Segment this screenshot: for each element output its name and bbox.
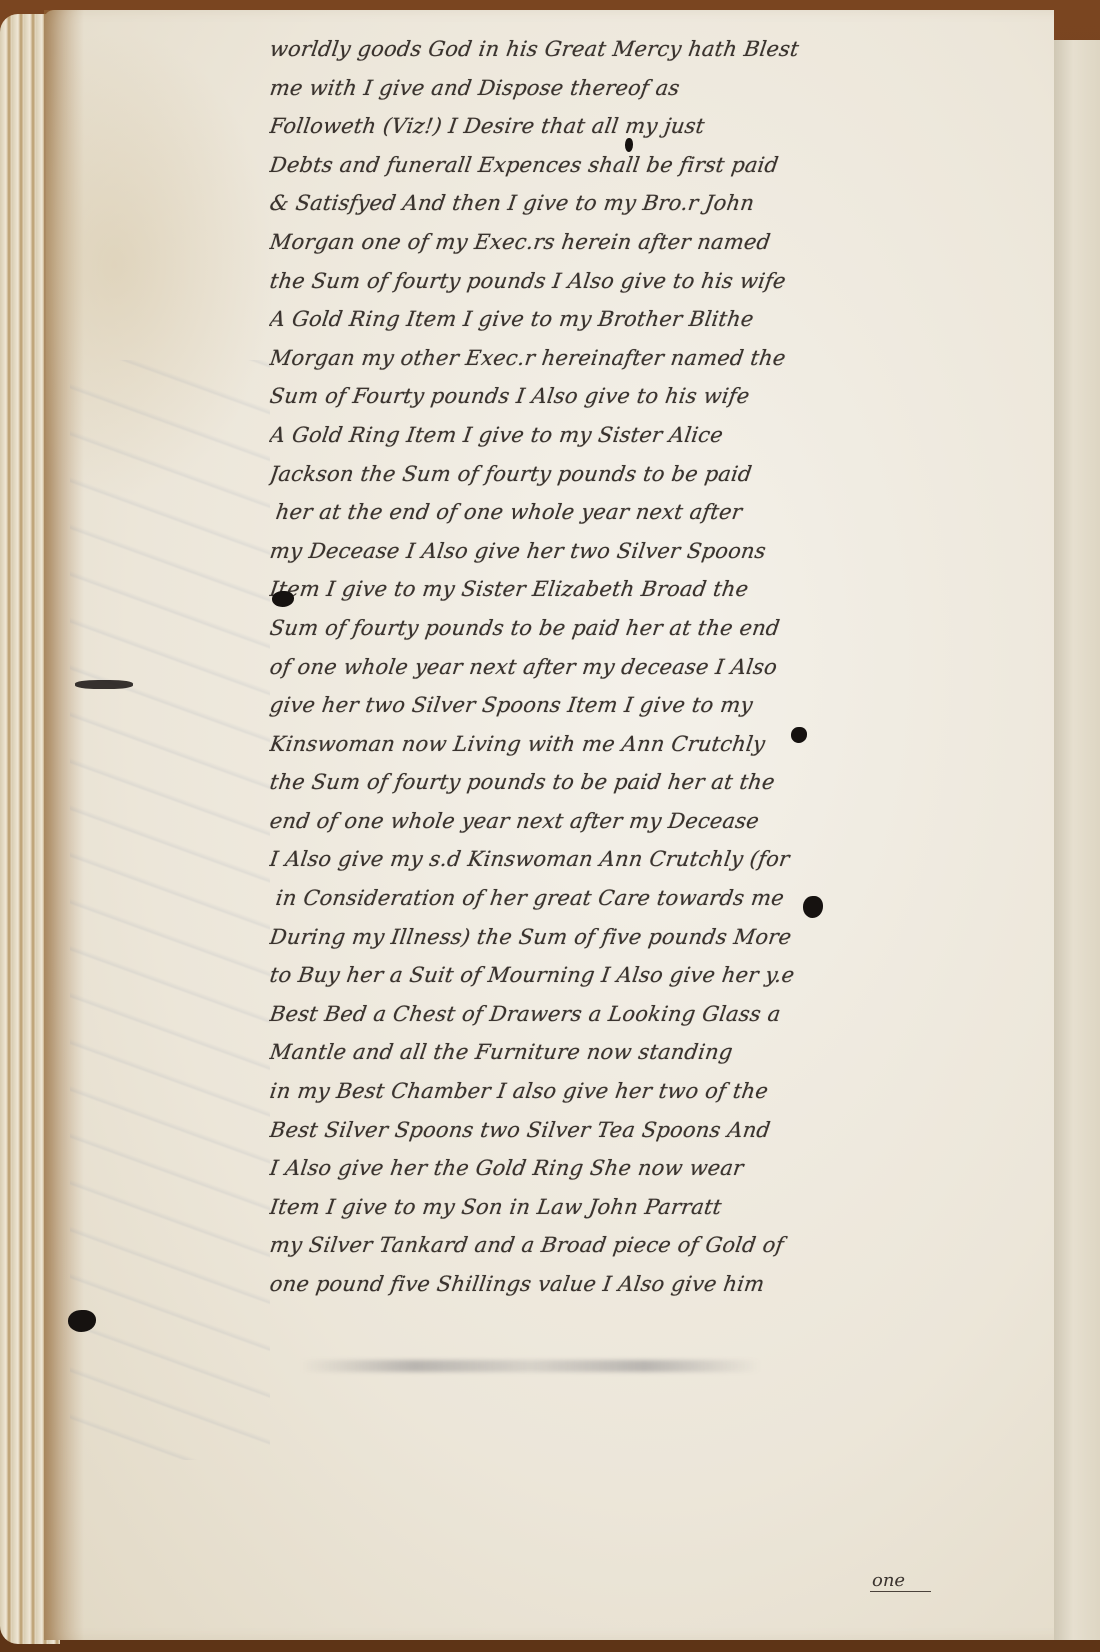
text-line: give her two Silver Spoons Item I give t… <box>267 686 992 725</box>
text-line: I Also give my s.d Kinswoman Ann Crutchl… <box>267 840 992 879</box>
text-line: A Gold Ring Item I give to my Sister Ali… <box>267 416 992 455</box>
facing-page-edge <box>1052 40 1100 1640</box>
catchword: one <box>870 1570 931 1592</box>
text-line: my Decease I Also give her two Silver Sp… <box>267 532 992 571</box>
text-line: Best Bed a Chest of Drawers a Looking Gl… <box>267 995 992 1034</box>
text-line: Item I give to my Sister Elizabeth Broad… <box>267 570 992 609</box>
ink-smudge <box>300 1360 760 1372</box>
text-line: A Gold Ring Item I give to my Brother Bl… <box>267 300 992 339</box>
text-line: to Buy her a Suit of Mourning I Also giv… <box>267 956 992 995</box>
text-line: my Silver Tankard and a Broad piece of G… <box>267 1226 992 1265</box>
text-line: Kinswoman now Living with me Ann Crutchl… <box>267 725 992 764</box>
text-line: Sum of Fourty pounds I Also give to his … <box>267 377 992 416</box>
text-line: Jackson the Sum of fourty pounds to be p… <box>267 455 992 494</box>
text-line: end of one whole year next after my Dece… <box>267 802 992 841</box>
text-line: in Consideration of her great Care towar… <box>267 879 992 918</box>
manuscript-text: worldly goods God in his Great Mercy hat… <box>270 30 990 1304</box>
text-line: in my Best Chamber I also give her two o… <box>267 1072 992 1111</box>
text-line: I Also give her the Gold Ring She now we… <box>267 1149 992 1188</box>
text-line: Morgan my other Exec.r hereinafter named… <box>267 339 992 378</box>
text-line: Mantle and all the Furniture now standin… <box>267 1033 992 1072</box>
text-line: & Satisfyed And then I give to my Bro.r … <box>267 184 992 223</box>
text-line: Morgan one of my Exec.rs herein after na… <box>267 223 992 262</box>
text-line: the Sum of fourty pounds I Also give to … <box>267 262 992 301</box>
text-line: worldly goods God in his Great Mercy hat… <box>267 30 992 69</box>
text-line: of one whole year next after my decease … <box>267 648 992 687</box>
text-line: Best Silver Spoons two Silver Tea Spoons… <box>267 1111 992 1150</box>
ink-blot <box>75 680 133 689</box>
ink-bleed-through <box>70 360 270 1460</box>
text-line: her at the end of one whole year next af… <box>267 493 992 532</box>
text-line: Sum of fourty pounds to be paid her at t… <box>267 609 992 648</box>
text-line: one pound five Shillings value I Also gi… <box>267 1265 992 1304</box>
text-line: Item I give to my Son in Law John Parrat… <box>267 1188 992 1227</box>
text-line: During my Illness) the Sum of five pound… <box>267 918 992 957</box>
text-line: me with I give and Dispose thereof as <box>267 69 992 108</box>
text-line: the Sum of fourty pounds to be paid her … <box>267 763 992 802</box>
